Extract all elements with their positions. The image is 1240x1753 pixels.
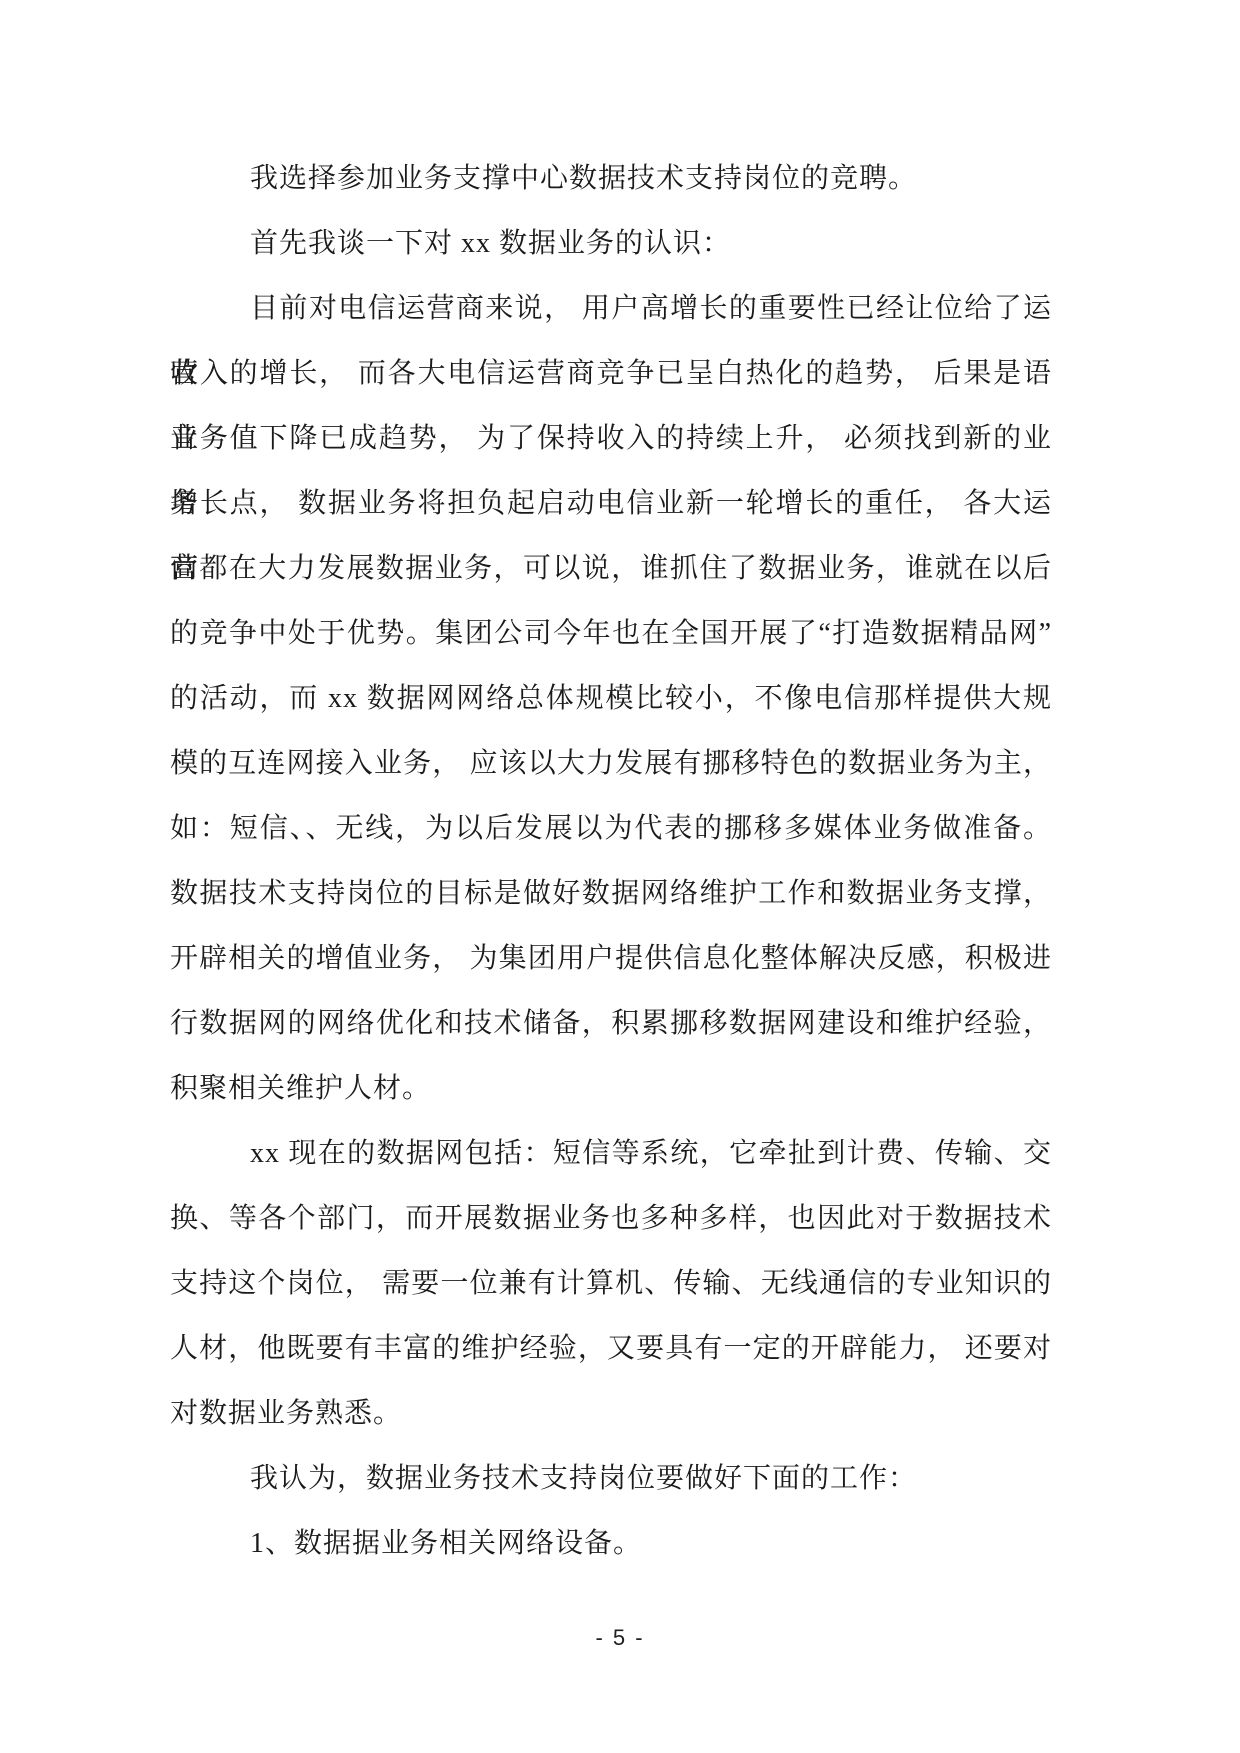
text-line: 的活动，而 xx 数据网网络总体规模比较小，不像电信那样提供大规 [170, 666, 1052, 731]
text-line: 增长点， 数据业务将担负起启动电信业新一轮增长的重任， 各大运营 [170, 471, 1052, 536]
text-line: 人材，他既要有丰富的维护经验，又要具有一定的开辟能力， 还要对 [170, 1316, 1052, 1381]
page-footer: - 5 - [0, 1625, 1240, 1651]
text-line: 目前对电信运营商来说， 用户高增长的重要性已经让位给了运营 [170, 276, 1052, 341]
text-line: 对数据业务熟悉。 [170, 1381, 1052, 1446]
text-line: 首先我谈一下对 xx 数据业务的认识： [170, 211, 1052, 276]
text-line: 1、数据据业务相关网络设备。 [170, 1511, 1052, 1576]
document-page: 我选择参加业务支撑中心数据技术支持岗位的竞聘。首先我谈一下对 xx 数据业务的认… [0, 0, 1240, 1753]
text-line: 数据技术支持岗位的目标是做好数据网络维护工作和数据业务支撑， [170, 861, 1052, 926]
text-line: 行数据网的网络优化和技术储备，积累挪移数据网建设和维护经验， [170, 991, 1052, 1056]
text-line: 如：短信、、无线，为以后发展以为代表的挪移多媒体业务做准备。 [170, 796, 1052, 861]
text-line: 我选择参加业务支撑中心数据技术支持岗位的竞聘。 [170, 146, 1052, 211]
text-line: 开辟相关的增值业务， 为集团用户提供信息化整体解决反感，积极进 [170, 926, 1052, 991]
document-body: 我选择参加业务支撑中心数据技术支持岗位的竞聘。首先我谈一下对 xx 数据业务的认… [170, 146, 1052, 1576]
text-line: 商都在大力发展数据业务，可以说，谁抓住了数据业务，谁就在以后 [170, 536, 1052, 601]
text-line: 业务值下降已成趋势， 为了保持收入的持续上升， 必须找到新的业务 [170, 406, 1052, 471]
text-line: 我认为，数据业务技术支持岗位要做好下面的工作： [170, 1446, 1052, 1511]
text-line: xx 现在的数据网包括：短信等系统，它牵扯到计费、传输、交 [170, 1121, 1052, 1186]
page-number: - 5 - [595, 1625, 644, 1650]
text-line: 收入的增长， 而各大电信运营商竞争已呈白热化的趋势， 后果是语音 [170, 341, 1052, 406]
text-line: 的竞争中处于优势。集团公司今年也在全国开展了“打造数据精品网” [170, 601, 1052, 666]
text-line: 支持这个岗位， 需要一位兼有计算机、传输、无线通信的专业知识的 [170, 1251, 1052, 1316]
text-line: 模的互连网接入业务， 应该以大力发展有挪移特色的数据业务为主， [170, 731, 1052, 796]
text-line: 积聚相关维护人材。 [170, 1056, 1052, 1121]
text-line: 换、等各个部门，而开展数据业务也多种多样，也因此对于数据技术 [170, 1186, 1052, 1251]
